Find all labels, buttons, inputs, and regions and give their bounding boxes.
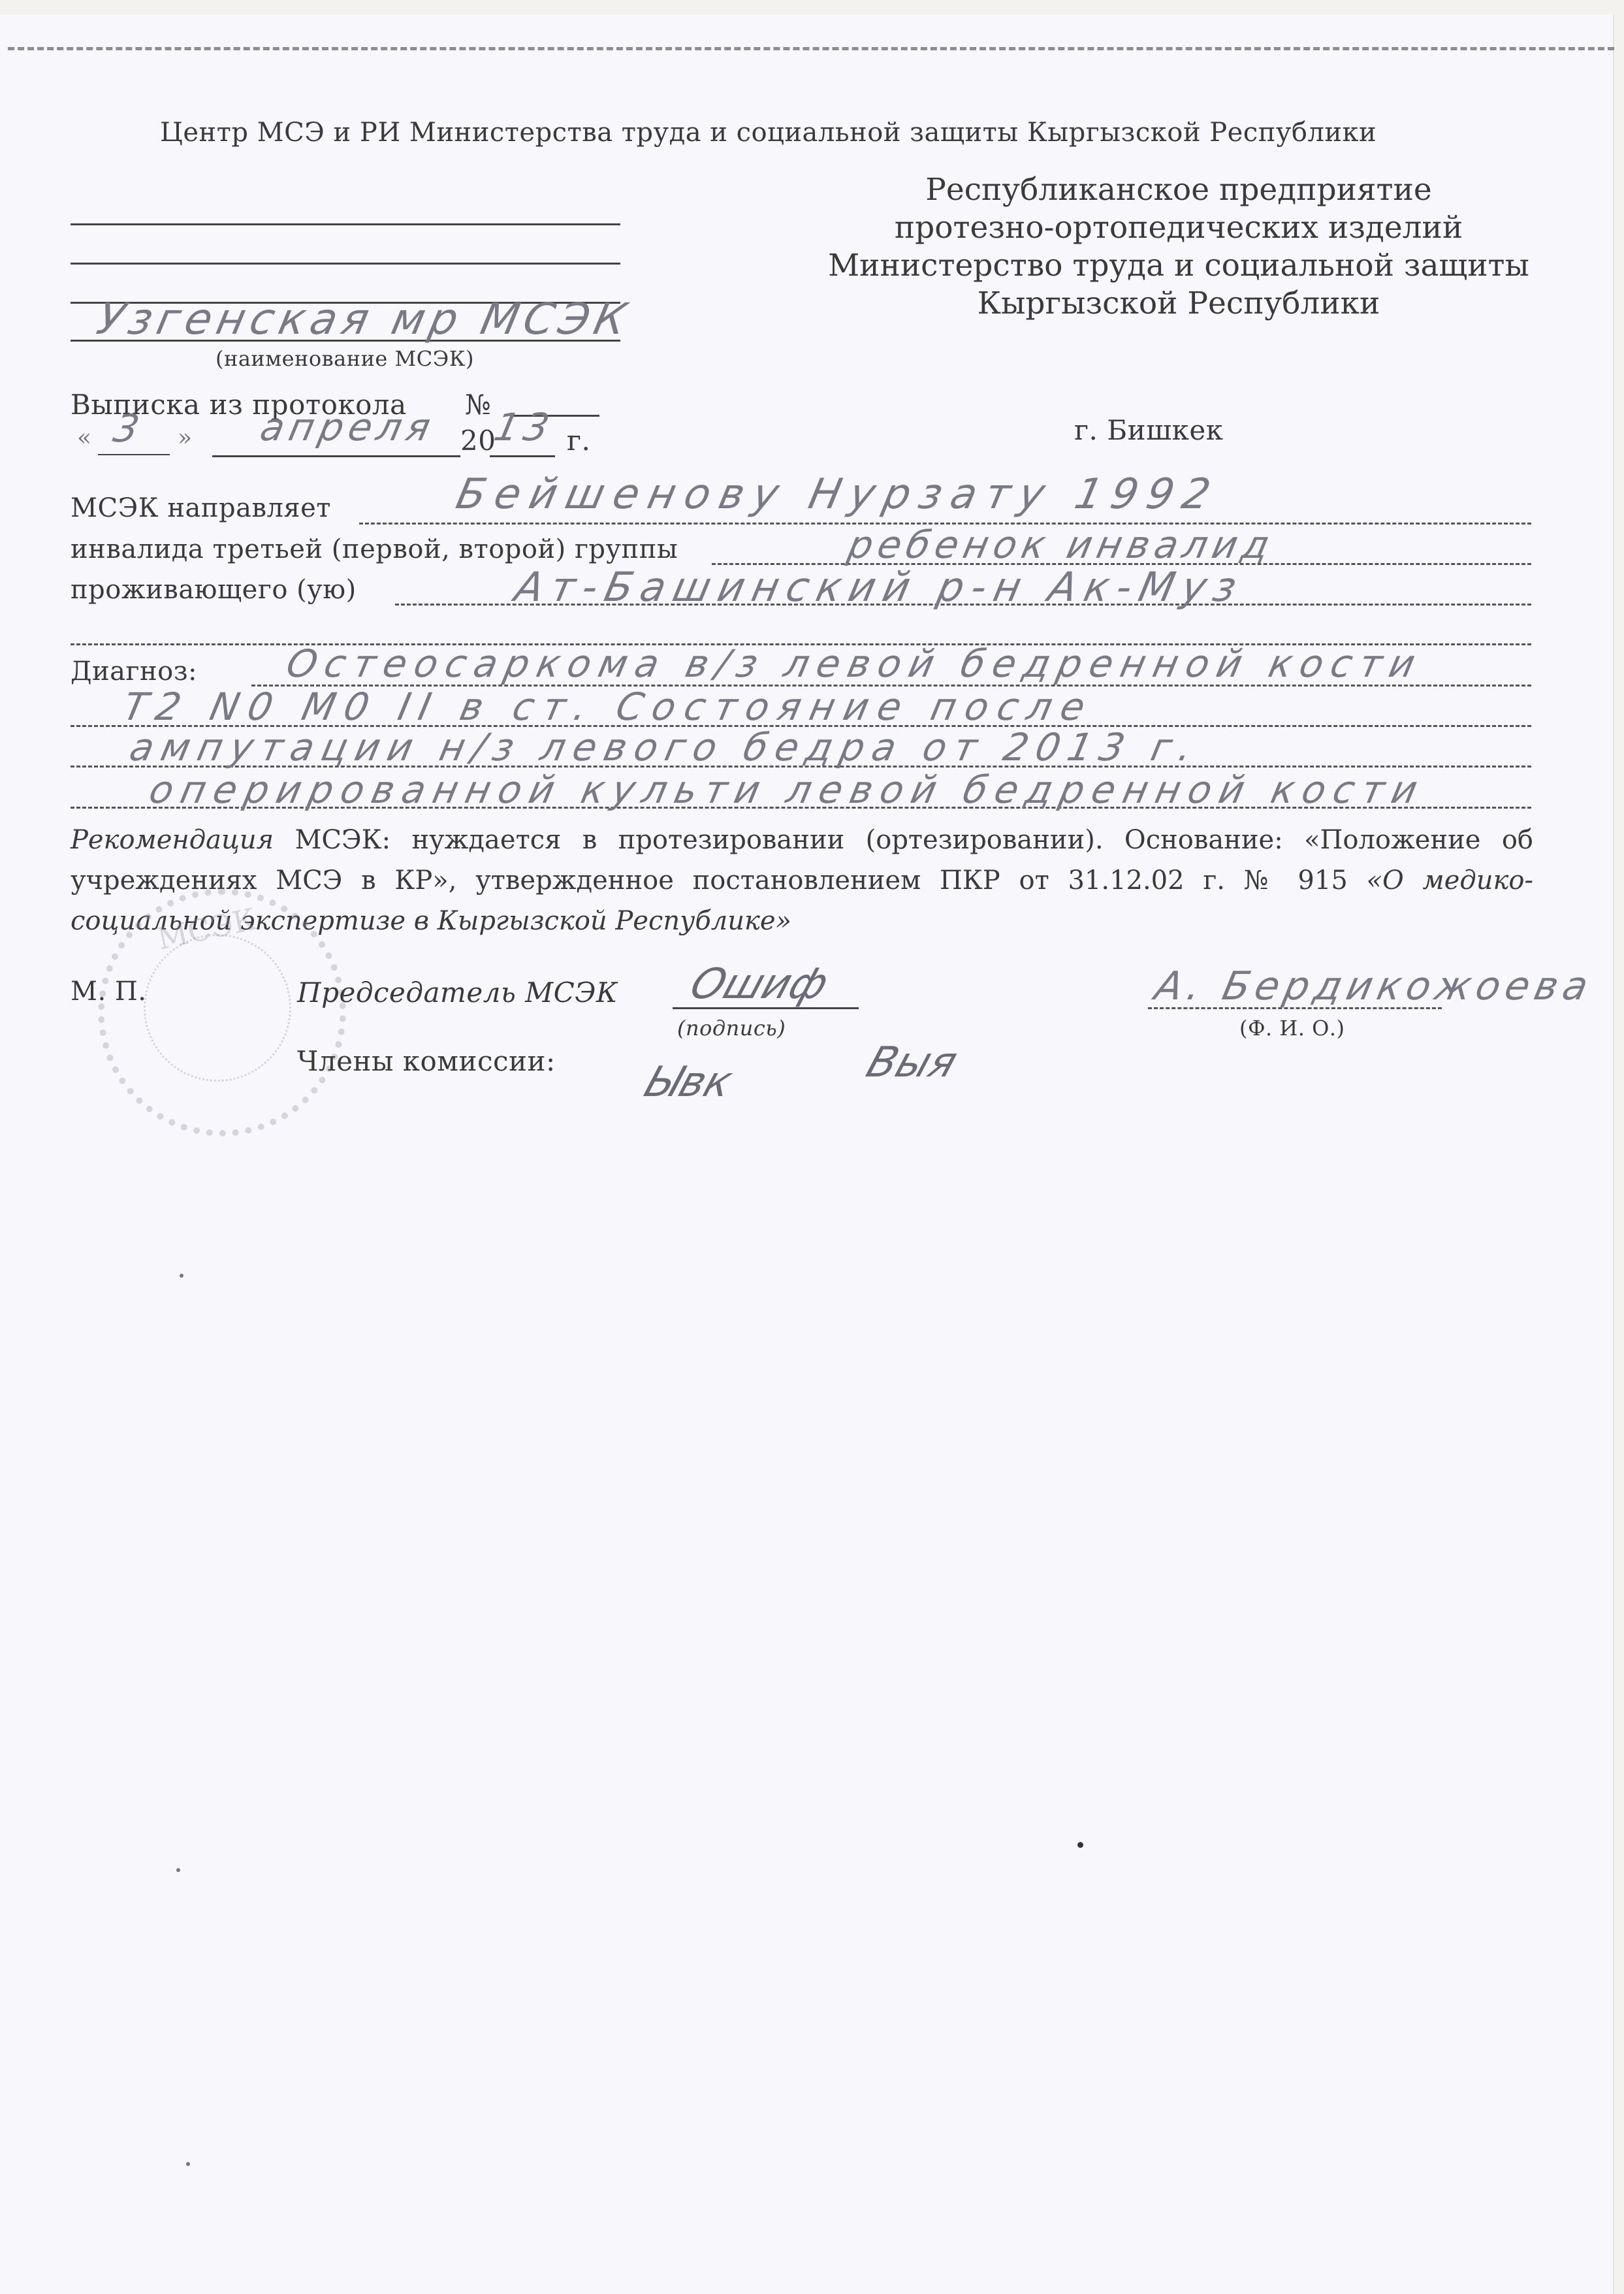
group-label: инвалида третьей (первой, второй) группы xyxy=(71,534,678,564)
blank-line xyxy=(71,263,620,265)
diagnosis-handwritten-line: оперированной культи левой бедренной кос… xyxy=(146,767,1429,812)
patient-handwritten: Бейшенову Нурзату 1992 xyxy=(452,470,1224,519)
msek-name-caption: (наименование МСЭК) xyxy=(215,346,474,371)
scan-speck xyxy=(180,1274,183,1278)
scan-speck xyxy=(176,1868,180,1872)
members-label: Члены комиссии: xyxy=(297,1045,556,1077)
residence-handwritten: Ат-Башинский р-н Ак-Муз xyxy=(511,563,1249,611)
year-abbr: г. xyxy=(567,425,590,457)
year-line xyxy=(490,455,555,457)
recipient-block: Республиканское предприятие протезно-орт… xyxy=(761,171,1597,323)
month-line xyxy=(212,455,460,457)
top-perforation-line xyxy=(8,47,1614,50)
member-signature: Выя xyxy=(861,1039,963,1087)
recommendation-text: МСЭК: нуждается в протезировании (ортези… xyxy=(71,825,1533,896)
blank-line xyxy=(71,223,620,225)
open-quote: « xyxy=(77,425,92,451)
recommendation-label: Рекомендация xyxy=(71,825,274,855)
diagnosis-handwritten-line: T2 N0 M0 II в ст. Состояние после xyxy=(119,685,1098,729)
diagnosis-label: Диагноз: xyxy=(71,656,197,687)
chairman-name-handwritten: А. Бердикожоева xyxy=(1151,963,1597,1009)
center-title: Центр МСЭ и РИ Министерства труда и соци… xyxy=(160,118,1377,148)
city: г. Бишкек xyxy=(1074,414,1223,446)
diagnosis-handwritten-line: Остеосаркома в/з левой бедренной кости xyxy=(283,641,1427,686)
recipient-line: Республиканское предприятие xyxy=(761,171,1597,209)
directs-label: МСЭК направляет xyxy=(71,493,331,523)
month-handwritten: апреля xyxy=(257,405,439,449)
member-signature: Ывк xyxy=(639,1058,739,1107)
number-sign: № xyxy=(465,389,491,421)
signature-caption: (подпись) xyxy=(677,1016,786,1041)
recipient-line: Кыргызской Республики xyxy=(761,285,1597,323)
residence-label: проживающего (ую) xyxy=(71,575,357,605)
recipient-line: протезно-ортопедических изделий xyxy=(761,209,1597,247)
seal-label: М. П. xyxy=(71,977,146,1007)
fio-caption: (Ф. И. О.) xyxy=(1239,1016,1345,1041)
group-handwritten: ребенок инвалид xyxy=(844,523,1279,567)
chairman-signature: Ошиф xyxy=(684,960,834,1009)
year-handwritten: 13 xyxy=(490,405,558,449)
diagnosis-handwritten-line: ампутации н/з левого бедра от 2013 г. xyxy=(126,725,1204,769)
recipient-line: Министерство труда и социальной защиты xyxy=(761,247,1597,285)
day-line xyxy=(98,454,170,455)
chairman-label: Председатель МСЭК xyxy=(297,977,618,1009)
scan-speck xyxy=(1077,1842,1083,1848)
close-quote: » xyxy=(178,425,193,451)
year-prefix: 20 xyxy=(460,425,496,457)
scan-speck xyxy=(186,2162,190,2166)
msek-name-handwritten: Узгенская мр МСЭК xyxy=(93,294,636,344)
